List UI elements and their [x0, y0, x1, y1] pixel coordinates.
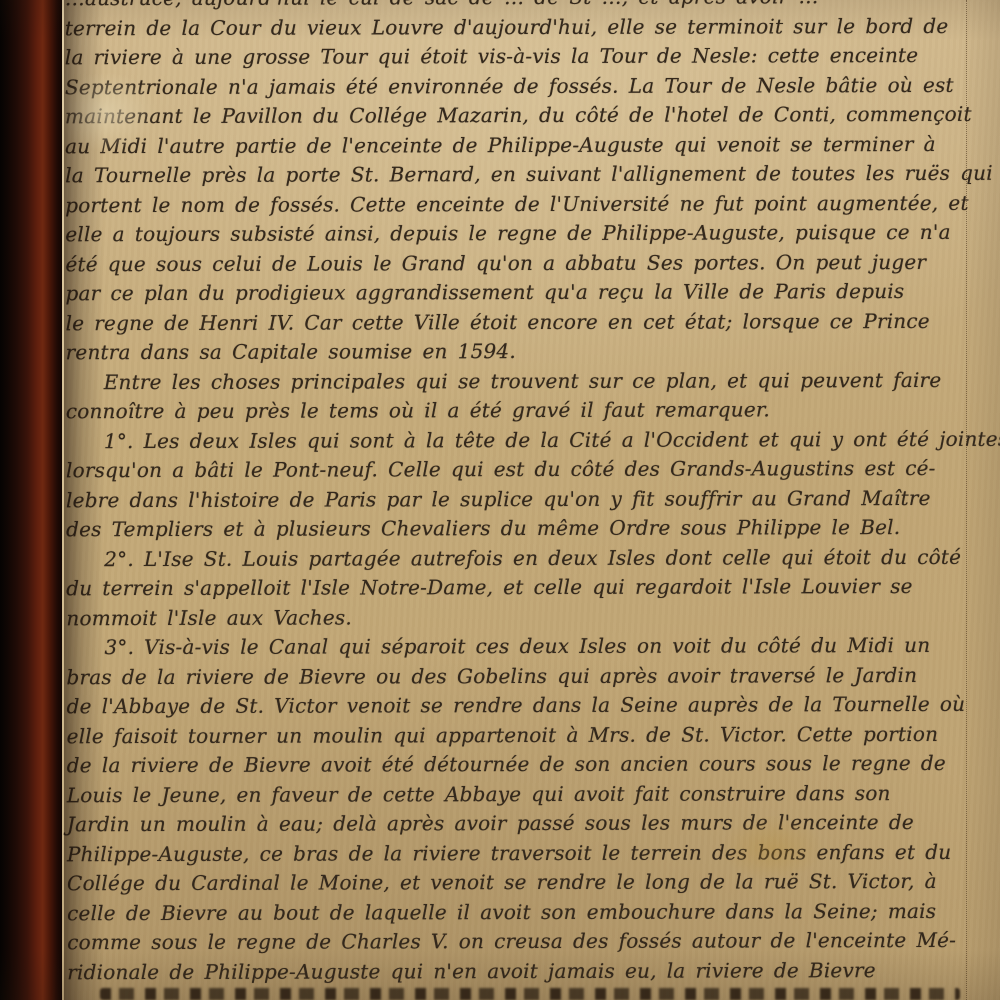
- text-line: bras de la riviere de Bievre ou des Gobe…: [66, 660, 1000, 692]
- text-line: lorsqu'on a bâti le Pont-neuf. Celle qui…: [66, 454, 1000, 486]
- text-line: lebre dans l'histoire de Paris par le su…: [66, 483, 1000, 515]
- text-line: nommoit l'Isle aux Vaches.: [66, 601, 1000, 633]
- text-line: Collége du Cardinal le Moine, et venoit …: [67, 867, 1000, 899]
- text-line: comme sous le regne de Charles V. on cre…: [67, 926, 1000, 958]
- text-line: rentra dans sa Capitale soumise en 1594.: [66, 336, 1000, 368]
- text-line: Septentrionale n'a jamais été environnée…: [65, 70, 999, 102]
- text-line: la riviere à une grosse Tour qui étoit v…: [65, 41, 999, 73]
- text-line: par ce plan du prodigieux aggrandissemen…: [65, 277, 999, 309]
- bottom-clipped-line-fragment: [100, 988, 960, 1000]
- text-line: maintenant le Pavillon du Collége Mazari…: [65, 100, 999, 132]
- text-line: de l'Abbaye de St. Victor venoit se rend…: [67, 690, 1000, 722]
- text-line: des Templiers et à plusieurs Chevaliers …: [66, 513, 1000, 545]
- text-line: 1°. Les deux Isles qui sont à la tête de…: [66, 424, 1000, 456]
- binding-frame-edge: [0, 0, 62, 1000]
- text-line: Louis le Jeune, en faveur de cette Abbay…: [67, 778, 1000, 810]
- text-line: celle de Bievre au bout de laquelle il a…: [67, 896, 1000, 928]
- paper-edge-highlight: [62, 0, 64, 1000]
- right-margin-rule: [966, 0, 967, 1000]
- text-line: terrein de la Cour du vieux Louvre d'auj…: [65, 11, 999, 43]
- text-line: 2°. L'Ise St. Louis partagée autrefois e…: [66, 542, 1000, 574]
- text-line: 3°. Vis-à-vis le Canal qui séparoit ces …: [66, 631, 1000, 663]
- text-line: Entre les choses principales qui se trou…: [66, 365, 1000, 397]
- text-line: elle a toujours subsisté ainsi, depuis l…: [65, 218, 999, 250]
- text-line: Jardin un moulin à eau; delà après avoir…: [67, 808, 1000, 840]
- manuscript-text-block: …austruce, aujourd'hui le cul de sac de …: [65, 0, 1000, 987]
- text-line: la Tournelle près la porte St. Bernard, …: [65, 159, 999, 191]
- text-line: été que sous celui de Louis le Grand qu'…: [65, 247, 999, 279]
- text-line: le regne de Henri IV. Car cette Ville ét…: [66, 306, 1000, 338]
- text-line: de la riviere de Bievre avoit été détour…: [67, 749, 1000, 781]
- text-line: au Midi l'autre partie de l'enceinte de …: [65, 129, 999, 161]
- text-line: Philippe-Auguste, ce bras de la riviere …: [67, 837, 1000, 869]
- text-line: ridionale de Philippe-Auguste qui n'en a…: [67, 955, 1000, 987]
- text-line: connoître à peu près le tems où il a été…: [66, 395, 1000, 427]
- text-line: du terrein s'appelloit l'Isle Notre-Dame…: [66, 572, 1000, 604]
- manuscript-photograph: …austruce, aujourd'hui le cul de sac de …: [0, 0, 1000, 1000]
- text-line: elle faisoit tourner un moulin qui appar…: [67, 719, 1000, 751]
- text-line: portent le nom de fossés. Cette enceinte…: [65, 188, 999, 220]
